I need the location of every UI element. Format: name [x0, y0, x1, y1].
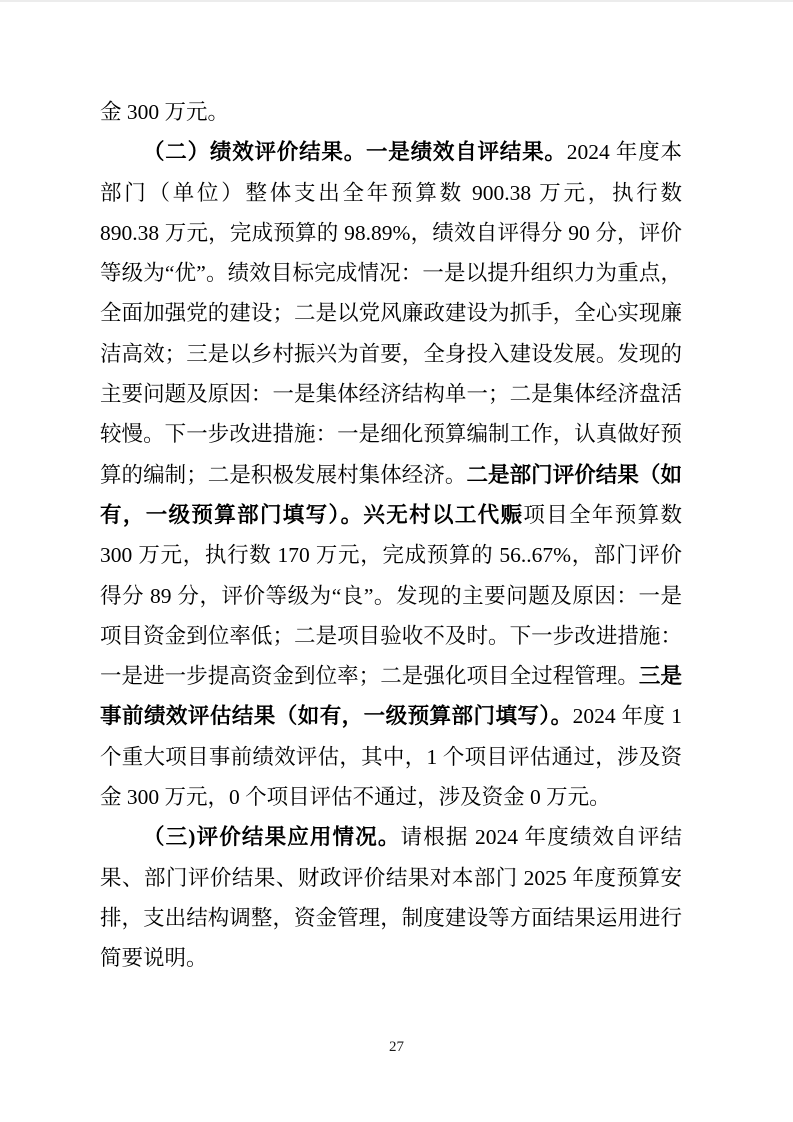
paragraph-section-3: （三)评价结果应用情况。请根据 2024 年度绩效自评结果、部门评价结果、财政评…: [100, 817, 682, 978]
page-number: 27: [0, 1039, 793, 1056]
paragraph-section-2: （二）绩效评价结果。一是绩效自评结果。2024 年度本部门（单位）整体支出全年预…: [100, 132, 682, 817]
paragraph-text: 2024 年度本部门（单位）整体支出全年预算数 900.38 万元，执行数 89…: [100, 140, 682, 486]
section-heading: （三)评价结果应用情况。: [143, 825, 401, 849]
document-body: 金 300 万元。 （二）绩效评价结果。一是绩效自评结果。2024 年度本部门（…: [100, 92, 682, 979]
section-heading: （二）绩效评价结果。一是绩效自评结果。: [143, 140, 567, 164]
paragraph-text: 金 300 万元。: [100, 100, 229, 124]
page-top-edge: [0, 0, 793, 2]
paragraph-continuation: 金 300 万元。: [100, 92, 682, 132]
paragraph-text: 项目全年预算数 300 万元，执行数 170 万元，完成预算的 56..67%，…: [100, 503, 682, 688]
